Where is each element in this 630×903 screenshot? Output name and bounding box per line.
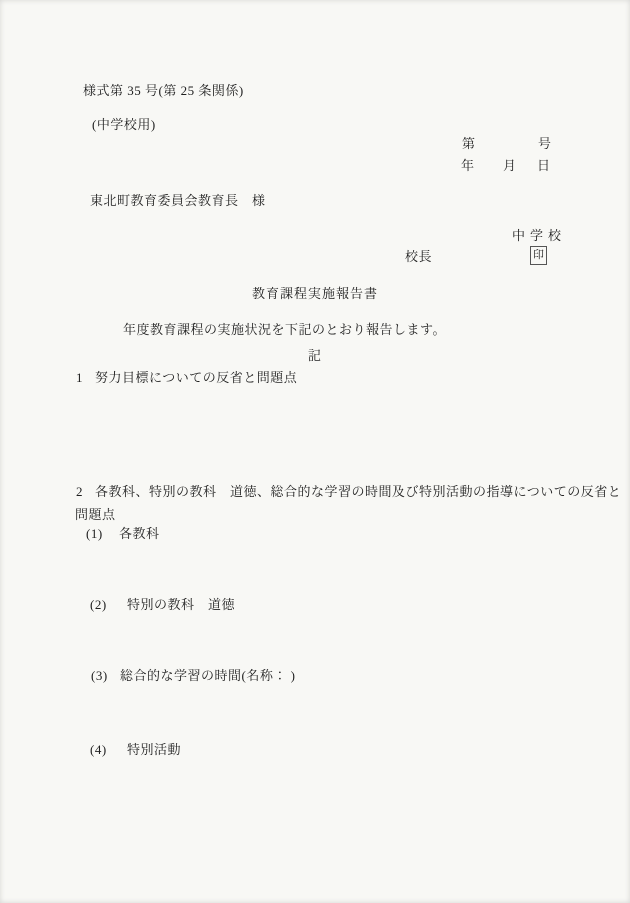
form-number-line: 様式第 35 号(第 25 条関係) xyxy=(83,83,244,100)
subitem-2-label: 特別の教科 道徳 xyxy=(127,597,235,614)
subitem-3-number: (3) xyxy=(91,668,108,685)
date-day-label: 日 xyxy=(537,158,551,175)
item-1-number: 1 xyxy=(76,370,83,387)
item-1-text: 努力目標についての反省と問題点 xyxy=(95,370,297,387)
intro-sentence: 年度教育課程の実施状況を下記のとおり報告します。 xyxy=(123,322,446,339)
item-2-text: 各教科、特別の教科 道徳、総合的な学習の時間及び特別活動の指導についての反省と xyxy=(95,484,621,501)
doc-number-suffix: 号 xyxy=(538,136,552,153)
date-year-label: 年 xyxy=(461,158,475,175)
item-2-number: 2 xyxy=(76,484,83,501)
principal-label: 校長 xyxy=(405,249,432,266)
school-type-note: (中学校用) xyxy=(92,117,156,134)
item-2-text-wrap: 問題点 xyxy=(75,507,116,524)
subitem-4-label: 特別活動 xyxy=(127,742,181,759)
addressee-line: 東北町教育委員会教育長 様 xyxy=(90,193,266,210)
doc-number-prefix: 第 xyxy=(462,136,476,153)
school-name-suffix: 中学校 xyxy=(512,228,566,245)
subitem-4-number: (4) xyxy=(90,742,107,759)
date-month-label: 月 xyxy=(503,158,517,175)
subitem-1-number: (1) xyxy=(86,526,103,543)
subitem-2-number: (2) xyxy=(90,597,107,614)
ki-marker: 記 xyxy=(0,348,630,365)
subitem-1-label: 各教科 xyxy=(119,526,160,543)
report-form-page: 様式第 35 号(第 25 条関係) (中学校用) 第 号 年 月 日 東北町教… xyxy=(0,0,630,903)
seal-mark: 印 xyxy=(530,246,547,265)
subitem-3-label: 総合的な学習の時間(名称： ) xyxy=(120,668,295,685)
document-title: 教育課程実施報告書 xyxy=(0,286,630,303)
